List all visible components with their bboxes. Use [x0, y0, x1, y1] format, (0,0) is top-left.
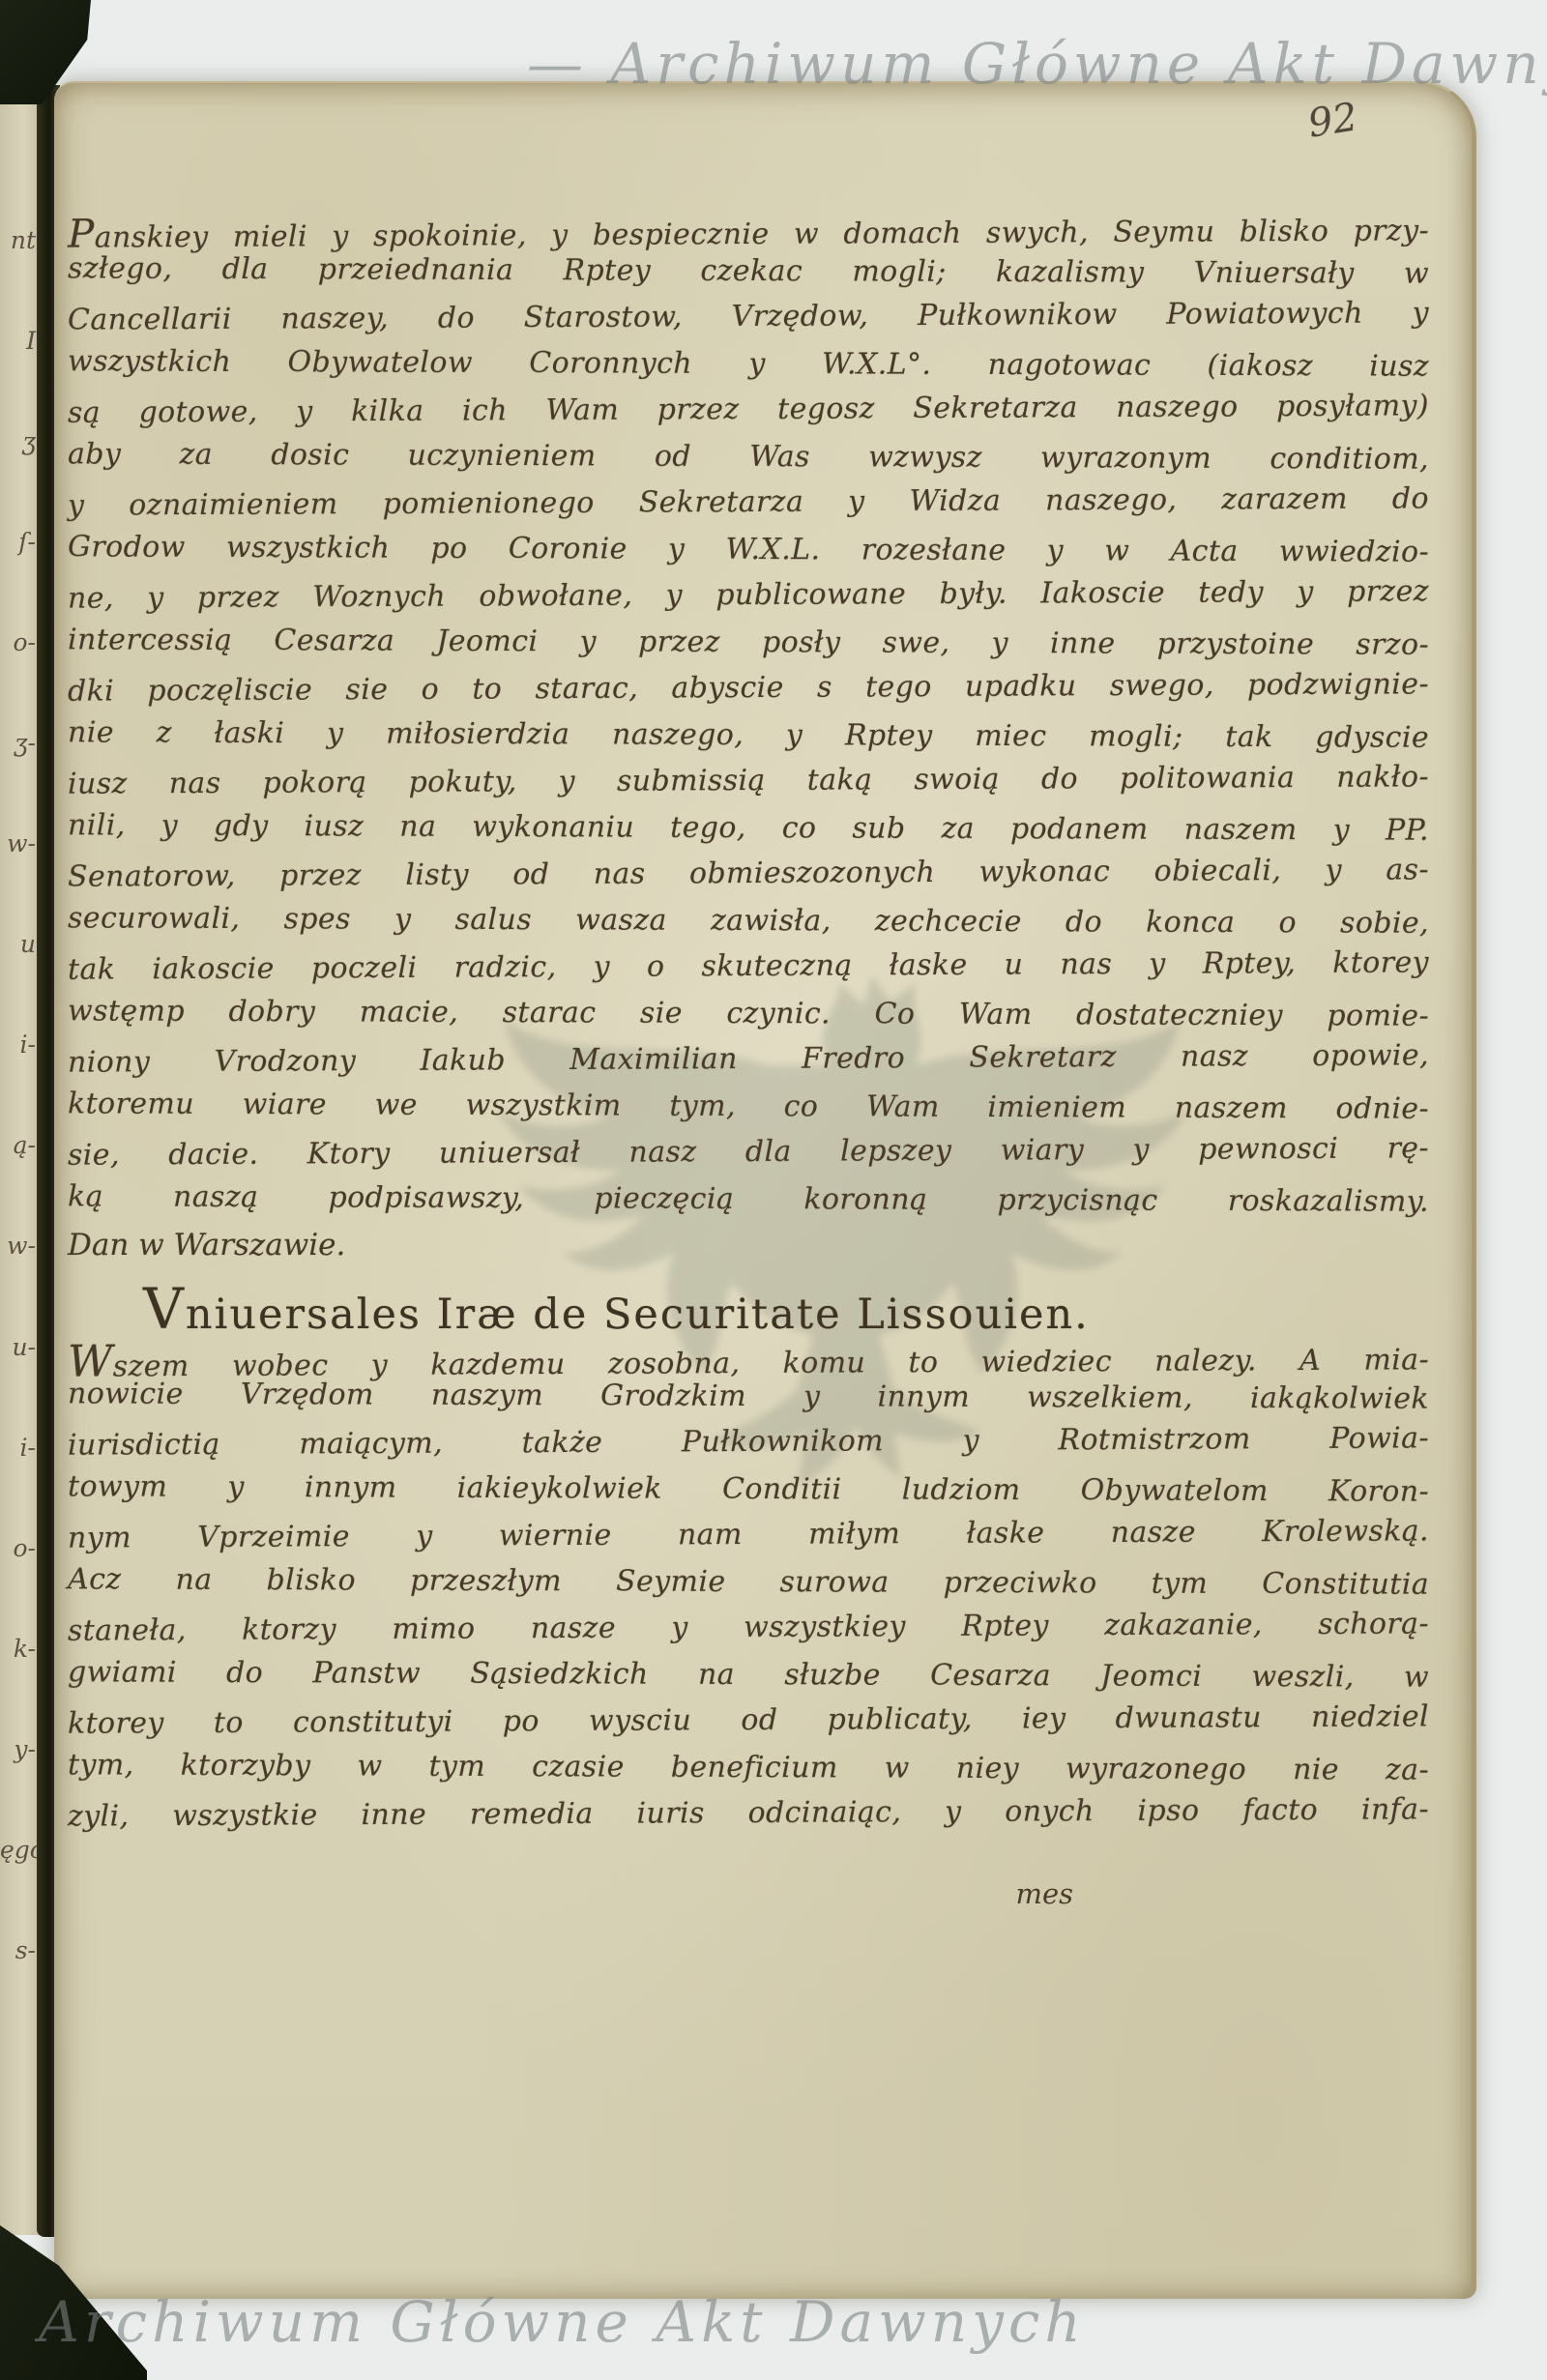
manuscript-line: wszystkich Obywatelow Coronnych y W.X.L°…: [68, 344, 1429, 395]
manuscript-line: ne, y przez Woznych obwołane, y publicow…: [68, 574, 1429, 627]
manuscript-line: iusz nas pokorą pokuty, y submissią taką…: [68, 760, 1429, 813]
manuscript-line: ką naszą podpisawszy, pieczęcią koronną …: [68, 1179, 1429, 1231]
manuscript-line: nym Vprzeimie y wiernie nam miłym łaske …: [68, 1514, 1429, 1567]
manuscript-line: nie z łaski y miłosierdzia naszego, y Rp…: [68, 715, 1429, 767]
catchword: mes: [68, 1877, 1429, 1920]
manuscript-line: intercessią Cesarza Jeomci y przez posły…: [68, 623, 1429, 674]
manuscript-line: y oznaimieniem pomienionego Sekretarza y…: [68, 481, 1429, 535]
manuscript-line: gwiami do Panstw Sąsiedzkich na słuzbe C…: [68, 1655, 1429, 1706]
manuscript-line: staneła, ktorzy mimo nasze y wszystkiey …: [68, 1607, 1429, 1660]
archive-scan-photo: { "watermark": { "top": "— Archiwum Głów…: [0, 0, 1547, 2380]
manuscript-line: tym, ktorzyby w tym czasie beneficium w …: [68, 1748, 1429, 1799]
manuscript-line: securowali, spes y salus wasza zawisła, …: [68, 901, 1429, 952]
manuscript-line: Cancellarii naszey, do Starostow, Vrzędo…: [68, 296, 1429, 349]
manuscript-line: Wszem wobec y kazdemu zosobna, komu to w…: [68, 1328, 1429, 1381]
manuscript-line: są gotowe, y kilka ich Wam przez tegosz …: [68, 389, 1429, 442]
manuscript-line: Acz na blisko przeszłym Seymie surowa pr…: [68, 1562, 1429, 1613]
manuscript-line: tak iakoscie poczeli radzic, y o skutecz…: [68, 945, 1429, 999]
manuscript-line: iurisdictią maiącym, także Pułkownikom y…: [68, 1421, 1429, 1474]
manuscript-line: wstęmp dobry macie, starac sie czynic. C…: [68, 994, 1429, 1045]
manuscript-text: Panskiey mieli y spokoinie, y bespieczni…: [68, 207, 1429, 1920]
manuscript-line: Grodow wszystkich po Coronie y W.X.L. ro…: [68, 530, 1429, 581]
manuscript-page: 92 Panskiey mieli y spokoinie, y bespiec…: [54, 81, 1476, 2299]
manuscript-line: ktoremu wiare we wszystkim tym, co Wam i…: [68, 1087, 1429, 1138]
page-number: 92: [1305, 95, 1360, 146]
paragraph-universal: Wszem wobec y kazdemu zosobna, komu to w…: [68, 1332, 1429, 1843]
section-heading: Vniuersales Iræ de Securitate Lissouien.: [68, 1276, 1429, 1332]
manuscript-line: sie, dacie. Ktory uniuersał nasz dla lep…: [68, 1131, 1429, 1184]
manuscript-line: dki poczęliscie sie o to starac, abyscie…: [68, 667, 1429, 720]
manuscript-line: ktorey to constitutyi po wysciu od publi…: [68, 1699, 1429, 1753]
manuscript-line: nili, y gdy iusz na wykonaniu tego, co s…: [68, 808, 1429, 859]
manuscript-line: towym y innym iakieykolwiek Conditii lud…: [68, 1469, 1429, 1521]
archive-watermark-bottom: Archiwum Główne Akt Dawnych: [39, 2289, 1086, 2355]
manuscript-line: Senatorow, przez listy od nas obmieszozo…: [68, 853, 1429, 906]
manuscript-line: szłego, dla przeiednania Rptey czekac mo…: [68, 251, 1429, 303]
manuscript-line: Panskiey mieli y spokoinie, y bespieczni…: [68, 203, 1429, 256]
manuscript-line: zyli, wszystkie inne remedia iuris odcin…: [68, 1792, 1429, 1845]
dateline: Dan w Warszawie.: [68, 1228, 1429, 1274]
paragraph-royal-letter: Panskiey mieli y spokoinie, y bespieczni…: [68, 207, 1429, 1228]
manuscript-line: niony Vrodzony Iakub Maximilian Fredro S…: [68, 1038, 1429, 1091]
manuscript-line: aby za dosic uczynieniem od Was wzwysz w…: [68, 437, 1429, 488]
manuscript-line: nowicie Vrzędom naszym Grodzkim y innym …: [68, 1377, 1429, 1428]
